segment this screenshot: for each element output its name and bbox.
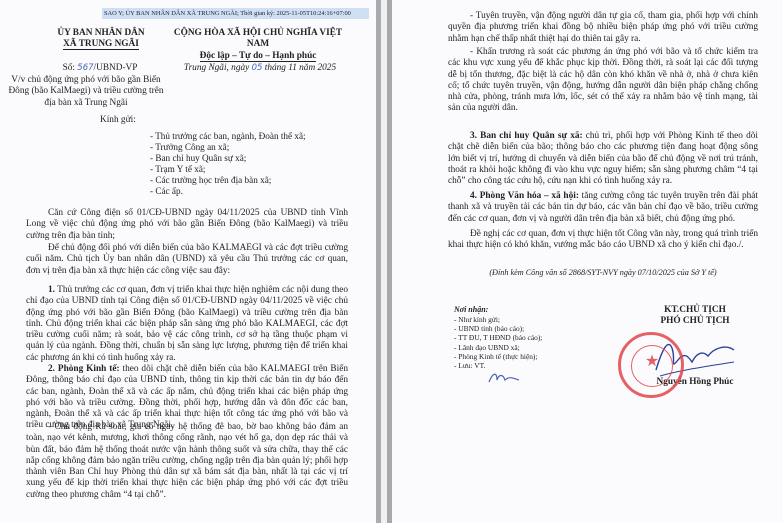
agency-name: XÃ TRUNG NGÃI	[63, 39, 139, 50]
item-4-label: 4. Phòng Văn hóa – xã hội:	[470, 191, 579, 201]
recipients-label: Kính gửi:	[100, 115, 136, 126]
initials-icon	[487, 370, 521, 386]
item-4: 4. Phòng Văn hóa – xã hội: tăng cường cô…	[448, 191, 758, 225]
date-day-handwritten: 05	[252, 63, 263, 73]
recipient-item: - Thủ trưởng các ban, ngành, Đoàn thể xã…	[150, 131, 306, 142]
distribution-list: - Như kính gửi; - UBND tỉnh (báo cáo); -…	[454, 315, 542, 370]
distribution-item: - Lưu: VT.	[454, 361, 542, 370]
place-and-date: Trung Ngãi, ngày 05 tháng 11 năm 2025	[170, 63, 350, 74]
agency-line1: ỦY BAN NHÂN DÂN	[36, 28, 166, 39]
agency-line2: XÃ TRUNG NGÃI	[36, 39, 166, 50]
attachment-note: (Đính kèm Công văn số 2868/SYT-NVY ngày …	[448, 268, 758, 278]
doc-no-prefix: Số:	[63, 63, 78, 73]
closing-paragraph: Đề nghị các cơ quan, đơn vị thực hiện tố…	[448, 229, 758, 252]
item-1: 1. Thủ trưởng các cơ quan, đơn vị triển …	[26, 285, 348, 364]
national-motto: CỘNG HÒA XÃ HỘI CHỦ NGHĨA VIỆT NAM Độc l…	[168, 28, 348, 62]
distribution-item: - Lãnh đạo UBND xã;	[454, 343, 542, 352]
motto: Độc lập – Tự do – Hạnh phúc	[200, 51, 317, 62]
item-2-label: 2. Phòng Kinh tế:	[48, 364, 120, 374]
document-page-2: - Tuyên truyền, vận động người dân tự gi…	[392, 0, 783, 523]
star-icon: ★	[632, 354, 672, 370]
place-date-suffix: tháng 11 năm 2025	[262, 63, 336, 73]
distribution-item: - Phòng Kinh tế (thực hiện);	[454, 352, 542, 361]
item-2-sub-3: - Khẩn trương rà soát các phương án ứng …	[448, 47, 758, 115]
item-2-sub-1: - Chủ động Rà soát, gia cố ngay hệ thống…	[26, 422, 348, 501]
digital-signature-banner: SAO Y; ỦY BAN NHÂN DÂN XÃ TRUNG NGÃI; Th…	[102, 8, 369, 19]
place-date-prefix: Trung Ngãi, ngày	[184, 63, 252, 73]
item-2-sub-2: - Tuyên truyền, vận động người dân tự gi…	[448, 11, 758, 45]
issuing-agency: ỦY BAN NHÂN DÂN XÃ TRUNG NGÃI	[36, 28, 166, 51]
signatory-title-line2: PHÓ CHỦ TỊCH	[620, 316, 770, 327]
recipient-item: - Trưởng Công an xã;	[150, 142, 306, 153]
item-1-text: Thủ trưởng các cơ quan, đơn vị triển kha…	[26, 285, 348, 363]
nation-name: CỘNG HÒA XÃ HỘI CHỦ NGHĨA VIỆT NAM	[168, 28, 348, 51]
recipient-item: - Ban chỉ huy Quân sự xã;	[150, 153, 306, 164]
doc-no-handwritten: 567	[77, 63, 93, 73]
item-3-label: 3. Ban chỉ huy Quân sự xã:	[470, 131, 583, 141]
item-1-label: 1.	[48, 285, 55, 295]
seal-emblem: ★	[631, 345, 673, 387]
recipient-item: - Trạm Y tế xã;	[150, 164, 306, 175]
document-number: Số: 567/UBND-VP	[30, 63, 170, 74]
official-seal-icon: ★	[618, 332, 684, 398]
signatory-title: KT.CHỦ TỊCH PHÓ CHỦ TỊCH	[620, 305, 770, 328]
document-subject: V/v chủ động ứng phó với bão gần Biển Đô…	[6, 75, 166, 109]
motto-line: Độc lập – Tự do – Hạnh phúc	[168, 51, 348, 62]
distribution-item: - Như kính gửi;	[454, 315, 542, 324]
paragraph-intro: Để chủ động đối phó với diễn biến của bã…	[26, 243, 348, 277]
distribution-item: - TT ĐU, T HĐND (báo cáo);	[454, 333, 542, 342]
distribution-item: - UBND tỉnh (báo cáo);	[454, 324, 542, 333]
signatory-title-line1: KT.CHỦ TỊCH	[620, 305, 770, 316]
distribution-block: Nơi nhận: - Như kính gửi; - UBND tỉnh (b…	[454, 305, 542, 370]
recipient-item: - Các trường học trên địa bàn xã;	[150, 175, 306, 186]
recipient-item: - Các ấp.	[150, 186, 306, 197]
paragraph-basis: Căn cứ Công điện số 01/CĐ-UBND ngày 04/1…	[26, 208, 348, 242]
recipients-list: - Thủ trưởng các ban, ngành, Đoàn thể xã…	[150, 131, 306, 197]
doc-no-suffix: /UBND-VP	[94, 63, 138, 73]
document-page-1: SAO Y; ỦY BAN NHÂN DÂN XÃ TRUNG NGÃI; Th…	[0, 0, 376, 523]
item-3: 3. Ban chỉ huy Quân sự xã: chủ trì, phối…	[448, 131, 758, 187]
distribution-label: Nơi nhận:	[454, 305, 542, 315]
